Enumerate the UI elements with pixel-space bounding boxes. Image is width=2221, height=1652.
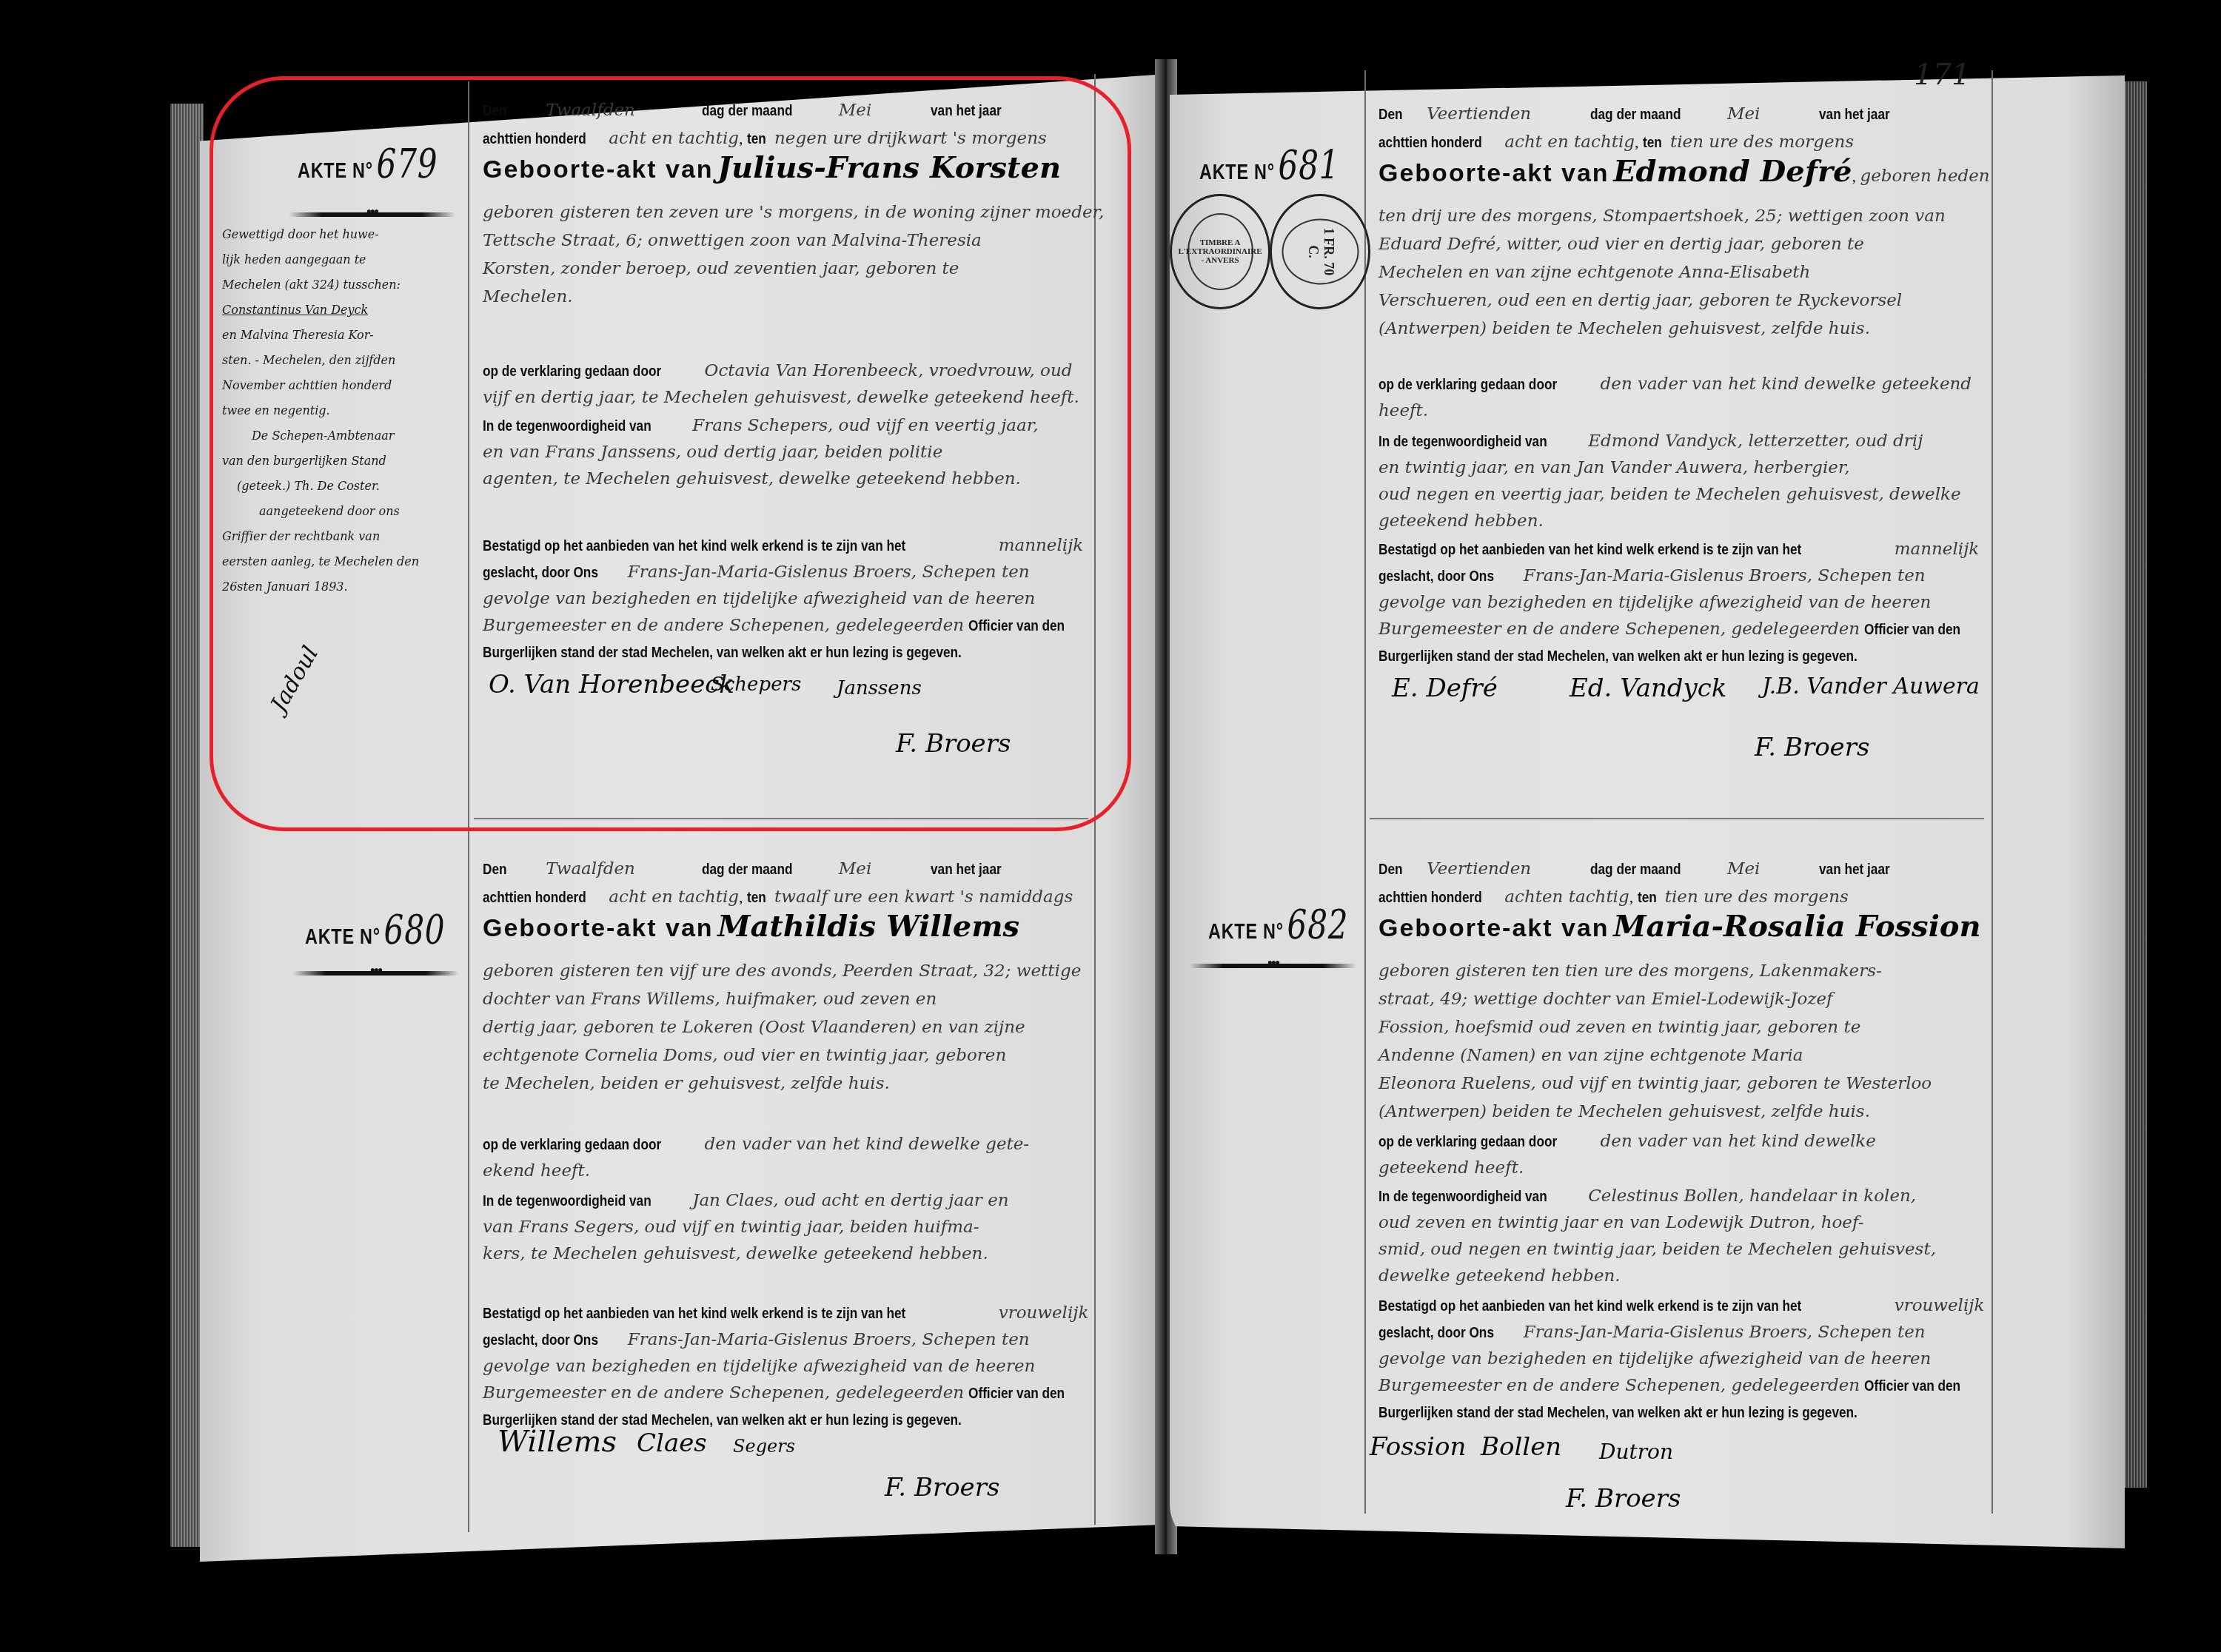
label-bestatigd: Bestatigd op het aanbieden van het kind … xyxy=(1379,540,1801,560)
stamp-value: 1 FR. 70 C. xyxy=(1282,219,1359,285)
entry-time: tien ure des morgens xyxy=(1665,887,1849,907)
label-verklaring: op de verklaring gedaan door xyxy=(1379,375,1557,395)
entry-day: Veertienden xyxy=(1427,104,1531,124)
witnesses-cont: van Frans Segers, oud vijf en twintig ja… xyxy=(483,1217,979,1238)
label-officier: Officier van den xyxy=(1864,1376,1960,1397)
label-burgerlijken: Burgerlijken stand der stad Mechelen, va… xyxy=(483,642,962,663)
body-line: ten drij ure des morgens, Stompaertshoek… xyxy=(1379,206,1946,226)
body-line: geboren heden xyxy=(1860,167,1989,186)
declarant: den vader van het kind dewelke xyxy=(1601,1132,1876,1151)
revenue-stamp-dimension: 1 FR. 70 C. xyxy=(1270,194,1370,309)
label-ten: ten xyxy=(1638,887,1657,908)
entry-divider-left xyxy=(474,818,1088,819)
note-line: sten. - Mechelen, den zijfden xyxy=(222,348,444,373)
label-door-ons: geslacht, door Ons xyxy=(483,1330,598,1351)
note-line: en Malvina Theresia Kor- xyxy=(222,323,444,348)
entry-month: Mei xyxy=(839,101,872,120)
body-line: straat, 49; wettige dochter van Emiel-Lo… xyxy=(1379,989,1833,1010)
body-line: Tettsche Straat, 6; onwettigen zoon van … xyxy=(483,230,982,251)
note-line: aangeteekend door ons xyxy=(222,499,444,524)
label-door-ons: geslacht, door Ons xyxy=(483,563,598,583)
signature: Segers xyxy=(733,1436,795,1457)
signature: Fossion xyxy=(1370,1432,1466,1462)
label-verklaring: op de verklaring gedaan door xyxy=(1379,1132,1557,1152)
official: Frans-Jan-Maria-Gislenus Broers, Schepen… xyxy=(1524,566,1926,585)
witnesses-cont: en twintig jaar, en van Jan Vander Auwer… xyxy=(1379,457,1850,478)
body-line: Eleonora Ruelens, oud vijf en twintig ja… xyxy=(1379,1073,1932,1094)
witnesses: Frans Schepers, oud vijf en veertig jaar… xyxy=(692,416,1038,435)
label-door-ons: geslacht, door Ons xyxy=(1379,1323,1494,1343)
label-bestatigd: Bestatigd op het aanbieden van het kind … xyxy=(483,1303,905,1324)
label-dag: dag der maand xyxy=(1590,859,1681,880)
label-officier: Officier van den xyxy=(968,1383,1065,1404)
signature: Ed. Vandyck xyxy=(1570,674,1726,703)
declarant-cont: geteekend heeft. xyxy=(1379,1158,1524,1178)
entry-year: achten tachtig xyxy=(1504,887,1629,907)
official-cont: gevolge van bezigheden en tijdelijke afw… xyxy=(483,1356,1035,1377)
entry-time: twaalf ure een kwart 's namiddags xyxy=(774,887,1073,907)
witnesses-cont: oud zeven en twintig jaar en van Lodewij… xyxy=(1379,1212,1863,1233)
signature: Janssens xyxy=(837,677,922,699)
label-den: Den xyxy=(483,101,507,121)
official-cont: Burgemeester en de andere Schepenen, ged… xyxy=(1379,1376,1860,1395)
declarant: den vader van het kind dewelke gete- xyxy=(705,1135,1030,1154)
witnesses: Celestinus Bollen, handelaar in kolen, xyxy=(1588,1186,1916,1206)
witnesses: Edmond Vandyck, letterzetter, oud drij xyxy=(1588,432,1923,451)
child-name: Maria-Rosalia Fossion xyxy=(1613,909,1980,944)
label-verklaring: op de verklaring gedaan door xyxy=(483,361,661,382)
declarant: den vader van het kind dewelke geteekend xyxy=(1601,375,1972,394)
flourish-divider xyxy=(292,971,459,976)
signature-officer: F. Broers xyxy=(885,1473,999,1502)
label-officier: Officier van den xyxy=(1864,619,1960,640)
label-ten: ten xyxy=(747,129,766,150)
entry-day: Veertienden xyxy=(1427,859,1531,879)
label-year: achttien honderd xyxy=(483,887,586,908)
signature: Dutron xyxy=(1599,1440,1673,1464)
official-cont: gevolge van bezigheden en tijdelijke afw… xyxy=(1379,1349,1931,1369)
flourish-divider xyxy=(1190,964,1356,968)
sex: mannelijk xyxy=(999,536,1084,555)
label-tegenwoordigheid: In de tegenwoordigheid van xyxy=(483,416,651,437)
note-line: November achttien honderd xyxy=(222,373,444,398)
signature: O. Van Horenbeeck xyxy=(489,670,734,699)
label-tegenwoordigheid: In de tegenwoordigheid van xyxy=(1379,1186,1547,1207)
official-cont: gevolge van bezigheden en tijdelijke afw… xyxy=(1379,592,1931,613)
official: Frans-Jan-Maria-Gislenus Broers, Schepen… xyxy=(628,563,1030,582)
label-den: Den xyxy=(1379,859,1403,880)
body-line: Fossion, hoefsmid oud zeven en twintig j… xyxy=(1379,1017,1860,1038)
signature-officer: F. Broers xyxy=(896,729,1011,759)
akte-number-680: AKTE N°680 xyxy=(305,907,445,953)
label-jaar: van het jaar xyxy=(1819,104,1890,125)
label-ten: ten xyxy=(1643,132,1662,153)
body-line: geboren gisteren ten tien ure des morgen… xyxy=(1379,961,1882,981)
label-jaar: van het jaar xyxy=(931,101,1002,121)
official-cont: Burgemeester en de andere Schepenen, ged… xyxy=(483,616,964,635)
margin-legitimation-note: Gewettigd door het huwe- lijk heden aang… xyxy=(222,222,444,600)
label-dag: dag der maand xyxy=(702,859,792,880)
official: Frans-Jan-Maria-Gislenus Broers, Schepen… xyxy=(628,1330,1030,1349)
stamp-text: TIMBRE A L'EXTRAORDINAIRE - ANVERS xyxy=(1187,213,1253,290)
folio-number: 171 xyxy=(1914,58,1970,92)
flourish-divider xyxy=(289,212,455,217)
signature: E. Defré xyxy=(1392,674,1498,703)
entry-time: tien ure des morgens xyxy=(1670,132,1854,152)
label-year: achttien honderd xyxy=(1379,887,1482,908)
note-line: lijk heden aangegaan te xyxy=(222,247,444,272)
body-line: Eduard Defré, witter, oud vier en dertig… xyxy=(1379,234,1864,255)
note-line: De Schepen-Ambtenaar xyxy=(222,423,444,449)
label-geboorte-akt: Geboorte-akt van xyxy=(483,155,714,184)
akte-number: 680 xyxy=(384,907,446,953)
entry-month: Mei xyxy=(1727,104,1761,124)
declarant-cont: ekend heeft. xyxy=(483,1161,590,1181)
declarant: Octavia Van Horenbeeck, vroedvrouw, oud xyxy=(705,361,1073,380)
right-margin-rule xyxy=(1364,70,1366,1514)
entry-year: acht en tachtig xyxy=(1504,132,1635,152)
akte-number: 681 xyxy=(1279,142,1340,189)
label-year: achttien honderd xyxy=(1379,132,1482,153)
body-line: Mechelen. xyxy=(483,286,573,307)
child-name: Mathildis Willems xyxy=(717,909,1019,944)
witnesses-cont: geteekend hebben. xyxy=(1379,511,1544,531)
label-burgerlijken: Burgerlijken stand der stad Mechelen, va… xyxy=(1379,646,1857,667)
label-bestatigd: Bestatigd op het aanbieden van het kind … xyxy=(1379,1296,1801,1317)
body-line: geboren gisteren ten zeven ure 's morgen… xyxy=(483,202,1104,223)
note-line: eersten aanleg, te Mechelen den xyxy=(222,549,444,574)
label-officier: Officier van den xyxy=(968,616,1065,637)
body-line: echtgenote Cornelia Doms, oud vier en tw… xyxy=(483,1045,1006,1066)
akte-label: AKTE N° xyxy=(1208,919,1284,944)
label-den: Den xyxy=(1379,104,1403,125)
label-geboorte-akt: Geboorte-akt van xyxy=(483,914,714,942)
label-jaar: van het jaar xyxy=(931,859,1002,880)
signature: Schepers xyxy=(711,674,801,696)
signature: J.B. Vander Auwera xyxy=(1762,674,1980,699)
witnesses-cont: agenten, te Mechelen gehuisvest, dewelke… xyxy=(483,469,1021,489)
left-outer-rule xyxy=(1094,74,1096,1525)
label-year: achttien honderd xyxy=(483,129,586,150)
child-name: Edmond Defré xyxy=(1613,154,1852,189)
note-line: Gewettigd door het huwe- xyxy=(222,222,444,247)
label-verklaring: op de verklaring gedaan door xyxy=(483,1135,661,1155)
body-line: dochter van Frans Willems, huifmaker, ou… xyxy=(483,989,937,1010)
akte-number-679: AKTE N°679 xyxy=(298,141,438,187)
left-margin-rule xyxy=(468,81,469,1532)
label-burgerlijken: Burgerlijken stand der stad Mechelen, va… xyxy=(1379,1403,1857,1423)
label-den: Den xyxy=(483,859,507,880)
witnesses-cont: kers, te Mechelen gehuisvest, dewelke ge… xyxy=(483,1243,988,1264)
body-line: Korsten, zonder beroep, oud zeventien ja… xyxy=(483,258,959,279)
witnesses-cont: oud negen en veertig jaar, beiden te Mec… xyxy=(1379,484,1961,505)
revenue-stamp-anvers: TIMBRE A L'EXTRAORDINAIRE - ANVERS xyxy=(1170,194,1270,309)
sex: mannelijk xyxy=(1895,540,1980,559)
official-cont: Burgemeester en de andere Schepenen, ged… xyxy=(483,1383,964,1403)
note-line: twee en negentig. xyxy=(222,398,444,423)
entry-month: Mei xyxy=(1727,859,1761,879)
note-line: (geteek.) Th. De Coster. xyxy=(222,474,444,499)
page-edges-left xyxy=(170,104,204,1547)
body-line: te Mechelen, beiden er gehuisvest, zelfd… xyxy=(483,1073,890,1094)
signature: Bollen xyxy=(1481,1432,1561,1462)
label-jaar: van het jaar xyxy=(1819,859,1890,880)
label-ten: ten xyxy=(747,887,766,908)
body-line: Verschueren, oud een en dertig jaar, geb… xyxy=(1379,290,1902,311)
akte-label: AKTE N° xyxy=(1199,160,1275,184)
witnesses-cont: en van Frans Janssens, oud dertig jaar, … xyxy=(483,442,942,463)
official: Frans-Jan-Maria-Gislenus Broers, Schepen… xyxy=(1524,1323,1926,1342)
body-line: (Antwerpen) beiden te Mechelen gehuisves… xyxy=(1379,1101,1870,1122)
declarant-cont: vijf en dertig jaar, te Mechelen gehuisv… xyxy=(483,387,1079,408)
label-dag: dag der maand xyxy=(702,101,792,121)
register-book-spread: 171 AKTE N°679 Gewettigd door het huwe- … xyxy=(0,0,2221,1652)
signature: Willems xyxy=(498,1425,617,1459)
label-dag: dag der maand xyxy=(1590,104,1681,125)
entry-divider-right xyxy=(1370,818,1984,819)
note-line: Constantinus Van Deyck xyxy=(222,298,444,323)
witnesses-cont: smid, oud negen en twintig jaar, beiden … xyxy=(1379,1239,1936,1260)
witnesses: Jan Claes, oud acht en dertig jaar en xyxy=(692,1191,1008,1210)
label-geboorte-akt: Geboorte-akt van xyxy=(1379,159,1609,187)
entry-year: acht en tachtig xyxy=(609,887,739,907)
witnesses-cont: dewelke geteekend hebben. xyxy=(1379,1266,1621,1286)
akte-number-681: AKTE N°681 xyxy=(1199,142,1339,189)
body-line: Mechelen en van zijne echtgenote Anna-El… xyxy=(1379,262,1810,283)
official-cont: gevolge van bezigheden en tijdelijke afw… xyxy=(483,588,1035,609)
body-line: Andenne (Namen) en van zijne echtgenote … xyxy=(1379,1045,1803,1066)
akte-number: 682 xyxy=(1287,901,1349,948)
note-line: van den burgerlijken Stand xyxy=(222,449,444,474)
body-line: (Antwerpen) beiden te Mechelen gehuisves… xyxy=(1379,318,1870,339)
akte-number: 679 xyxy=(377,141,438,187)
label-bestatigd: Bestatigd op het aanbieden van het kind … xyxy=(483,536,905,557)
note-line: 26sten Januari 1893. xyxy=(222,574,444,600)
label-door-ons: geslacht, door Ons xyxy=(1379,566,1494,587)
body-line: geboren gisteren ten vijf ure des avonds… xyxy=(483,961,1081,981)
akte-label: AKTE N° xyxy=(298,158,373,183)
signature-officer: F. Broers xyxy=(1566,1484,1681,1514)
signature-officer: F. Broers xyxy=(1755,733,1869,762)
entry-time: negen ure drijkwart 's morgens xyxy=(774,129,1047,148)
entry-day: Twaalfden xyxy=(546,101,635,120)
right-outer-rule xyxy=(1991,70,1993,1514)
official-cont: Burgemeester en de andere Schepenen, ged… xyxy=(1379,619,1860,639)
label-geboorte-akt: Geboorte-akt van xyxy=(1379,914,1609,942)
note-line: Mechelen (akt 324) tusschen: xyxy=(222,272,444,298)
note-line: Griffier der rechtbank van xyxy=(222,524,444,549)
akte-label: AKTE N° xyxy=(305,924,381,949)
entry-day: Twaalfden xyxy=(546,859,635,879)
entry-year: acht en tachtig xyxy=(609,129,739,148)
label-tegenwoordigheid: In de tegenwoordigheid van xyxy=(483,1191,651,1212)
declarant-cont: heeft. xyxy=(1379,400,1428,421)
label-tegenwoordigheid: In de tegenwoordigheid van xyxy=(1379,432,1547,452)
body-line: dertig jaar, geboren te Lokeren (Oost Vl… xyxy=(483,1017,1025,1038)
entry-month: Mei xyxy=(839,859,872,879)
sex: vrouwelijk xyxy=(1895,1296,1985,1315)
akte-number-682: AKTE N°682 xyxy=(1208,901,1348,948)
sex: vrouwelijk xyxy=(999,1303,1089,1323)
child-name: Julius-Frans Korsten xyxy=(717,150,1061,185)
signature: Claes xyxy=(637,1428,707,1458)
